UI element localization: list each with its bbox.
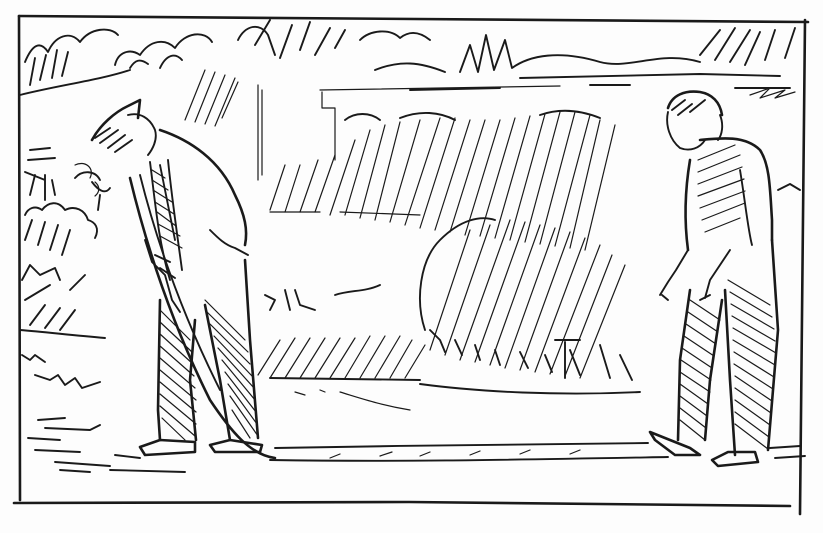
garden-hose <box>130 175 275 458</box>
background-bushes <box>20 20 795 98</box>
right-man <box>650 92 778 466</box>
right-edge-details <box>778 184 800 190</box>
ground-lines <box>270 443 805 461</box>
left-man <box>75 100 262 455</box>
background-hatching <box>185 70 615 250</box>
lower-hedge <box>258 285 425 410</box>
middle-hedge <box>420 218 640 393</box>
ink-illustration <box>0 0 823 533</box>
